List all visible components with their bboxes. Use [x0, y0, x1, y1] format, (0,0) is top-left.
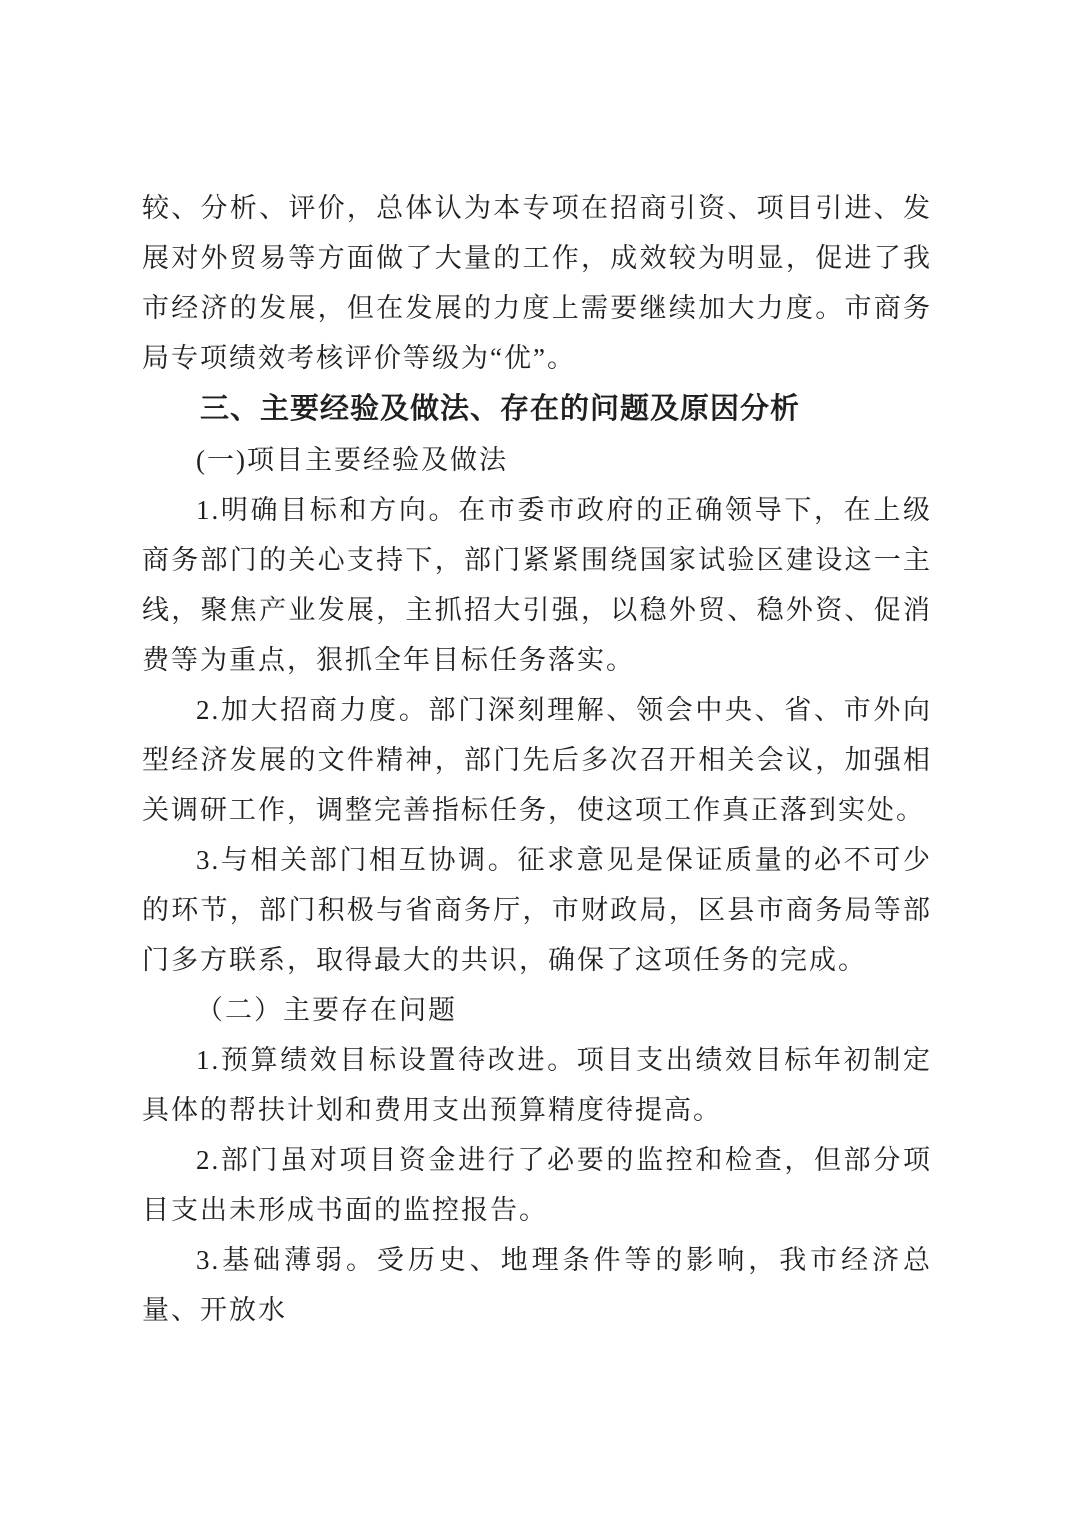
section-heading: 三、主要经验及做法、存在的问题及原因分析 [142, 383, 932, 435]
subsection-heading-experience: (一)项目主要经验及做法 [142, 435, 932, 485]
body-paragraph-experience-1: 1.明确目标和方向。在市委市政府的正确领导下，在上级商务部门的关心支持下，部门紧… [142, 485, 932, 685]
body-paragraph-problem-3: 3.基础薄弱。受历史、地理条件等的影响，我市经济总量、开放水 [142, 1235, 932, 1335]
continuation-paragraph: 较、分析、评价，总体认为本专项在招商引资、项目引进、发展对外贸易等方面做了大量的… [142, 183, 932, 383]
subsection-heading-problems: （二）主要存在问题 [142, 985, 932, 1035]
body-paragraph-problem-1: 1.预算绩效目标设置待改进。项目支出绩效目标年初制定具体的帮扶计划和费用支出预算… [142, 1035, 932, 1135]
body-paragraph-experience-2: 2.加大招商力度。部门深刻理解、领会中央、省、市外向型经济发展的文件精神，部门先… [142, 685, 932, 835]
body-paragraph-experience-3: 3.与相关部门相互协调。征求意见是保证质量的必不可少的环节，部门积极与省商务厅，… [142, 835, 932, 985]
document-page: 较、分析、评价，总体认为本专项在招商引资、项目引进、发展对外贸易等方面做了大量的… [0, 0, 1074, 1520]
body-paragraph-problem-2: 2.部门虽对项目资金进行了必要的监控和检查，但部分项目支出未形成书面的监控报告。 [142, 1135, 932, 1235]
